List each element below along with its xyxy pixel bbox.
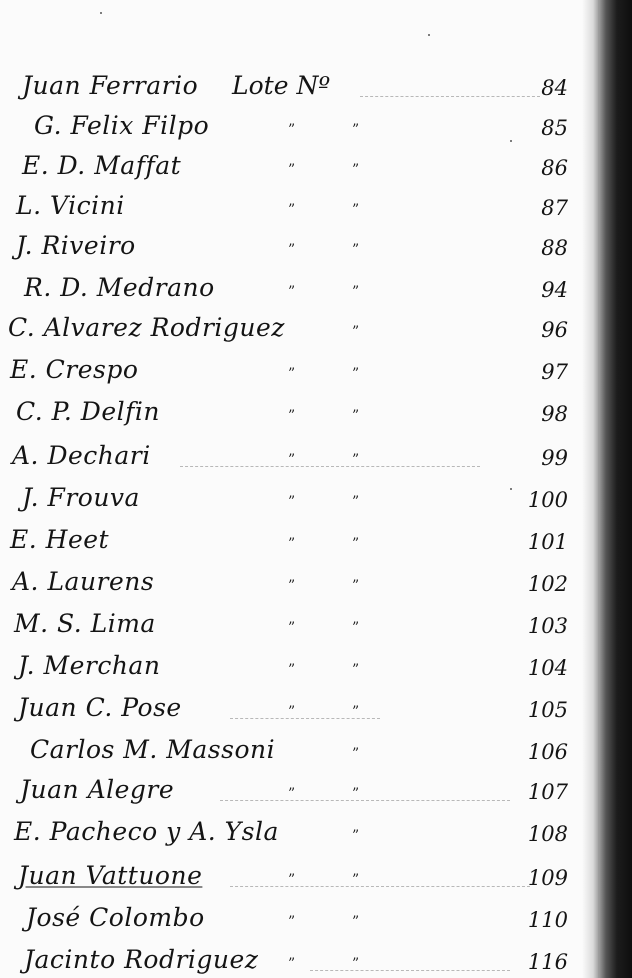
lot-number: 100 bbox=[528, 488, 568, 512]
ditto-mark: ” bbox=[352, 162, 359, 178]
paper-speck bbox=[428, 34, 430, 36]
lot-number: 106 bbox=[528, 740, 568, 764]
ditto-mark: ” bbox=[352, 122, 359, 138]
ledger-row: C. P. Delfin ” ” 98 bbox=[0, 392, 600, 432]
lot-header-label: Lote Nº bbox=[232, 71, 330, 100]
ditto-mark: ” bbox=[352, 786, 359, 802]
leader-line bbox=[310, 970, 510, 971]
ledger-entries: Juan Ferrario Lote Nº 84 G. Felix Filpo … bbox=[0, 0, 632, 978]
ditto-mark: ” bbox=[288, 242, 295, 258]
entry-name: J. Frouva bbox=[22, 483, 140, 512]
entry-name: Carlos M. Massoni bbox=[30, 735, 275, 764]
entry-name: José Colombo bbox=[26, 903, 205, 932]
ditto-mark: ” bbox=[288, 956, 295, 972]
lot-number: 103 bbox=[528, 614, 568, 638]
entry-name: E. Pacheco y A. Ysla bbox=[14, 817, 279, 846]
ledger-row: R. D. Medrano ” ” 94 bbox=[0, 268, 600, 308]
entry-name: A. Laurens bbox=[12, 567, 154, 596]
entry-name: C. Alvarez Rodriguez bbox=[8, 313, 285, 342]
lot-number: 84 bbox=[541, 76, 568, 100]
ditto-mark: ” bbox=[352, 536, 359, 552]
ditto-mark: ” bbox=[352, 914, 359, 930]
ditto-mark: ” bbox=[352, 494, 359, 510]
ledger-row: Carlos M. Massoni ” 106 bbox=[0, 730, 600, 770]
ditto-mark: ” bbox=[288, 536, 295, 552]
entry-name: E. Crespo bbox=[10, 355, 138, 384]
entry-name: Juan C. Pose bbox=[18, 693, 182, 722]
ledger-row: José Colombo ” ” 110 bbox=[0, 898, 600, 938]
entry-name: Jacinto Rodriguez bbox=[24, 945, 258, 974]
ledger-row: C. Alvarez Rodriguez ” 96 bbox=[0, 308, 600, 348]
lot-number: 110 bbox=[528, 908, 568, 932]
ditto-mark: ” bbox=[288, 284, 295, 300]
entry-name: E. D. Maffat bbox=[22, 151, 181, 180]
lot-number: 99 bbox=[541, 446, 568, 470]
ditto-mark: ” bbox=[352, 872, 359, 888]
ledger-row: J. Frouva ” ” 100 bbox=[0, 478, 600, 518]
ledger-row: J. Merchan ” ” 104 bbox=[0, 646, 600, 686]
ledger-row: Juan Vattuone ” ” 109 bbox=[0, 856, 600, 896]
paper-speck bbox=[510, 140, 512, 142]
ledger-row: Juan Alegre ” ” 107 bbox=[0, 770, 600, 810]
ditto-mark: ” bbox=[352, 242, 359, 258]
lot-number: 116 bbox=[528, 950, 568, 974]
ditto-mark: ” bbox=[288, 578, 295, 594]
lot-number: 96 bbox=[541, 318, 568, 342]
ledger-row: A. Laurens ” ” 102 bbox=[0, 562, 600, 602]
entry-name: M. S. Lima bbox=[14, 609, 156, 638]
entry-name: E. Heet bbox=[10, 525, 109, 554]
ditto-mark: ” bbox=[288, 408, 295, 424]
ditto-mark: ” bbox=[288, 914, 295, 930]
ledger-row: Juan C. Pose ” ” 105 bbox=[0, 688, 600, 728]
ditto-mark: ” bbox=[288, 366, 295, 382]
leader-line bbox=[230, 886, 530, 887]
ledger-row: J. Riveiro ” ” 88 bbox=[0, 226, 600, 266]
lot-number: 102 bbox=[528, 572, 568, 596]
ditto-mark: ” bbox=[288, 872, 295, 888]
entry-name: A. Dechari bbox=[12, 441, 151, 470]
lot-number: 107 bbox=[528, 780, 568, 804]
ditto-mark: ” bbox=[288, 704, 295, 720]
leader-line bbox=[360, 96, 540, 97]
ditto-mark: ” bbox=[288, 620, 295, 636]
lot-number: 87 bbox=[541, 196, 568, 220]
ditto-mark: ” bbox=[352, 956, 359, 972]
entry-name: C. P. Delfin bbox=[16, 397, 160, 426]
ledger-row: A. Dechari ” ” 99 bbox=[0, 436, 600, 476]
ledger-row: Juan Ferrario Lote Nº 84 bbox=[0, 66, 600, 106]
lot-number: 98 bbox=[541, 402, 568, 426]
entry-name: Juan Alegre bbox=[20, 775, 174, 804]
ledger-row: E. Heet ” ” 101 bbox=[0, 520, 600, 560]
entry-name: G. Felix Filpo bbox=[34, 111, 209, 140]
ditto-mark: ” bbox=[352, 704, 359, 720]
ditto-mark: ” bbox=[288, 202, 295, 218]
lot-number: 109 bbox=[528, 866, 568, 890]
leader-line bbox=[180, 466, 480, 467]
lot-number: 97 bbox=[541, 360, 568, 384]
ditto-mark: ” bbox=[352, 408, 359, 424]
ditto-mark: ” bbox=[288, 122, 295, 138]
ditto-mark: ” bbox=[352, 366, 359, 382]
ledger-page: Juan Ferrario Lote Nº 84 G. Felix Filpo … bbox=[0, 0, 632, 978]
paper-speck bbox=[100, 12, 102, 14]
entry-name: J. Riveiro bbox=[16, 231, 136, 260]
lot-number: 108 bbox=[528, 822, 568, 846]
ditto-mark: ” bbox=[352, 324, 359, 340]
ditto-mark: ” bbox=[352, 284, 359, 300]
paper-speck bbox=[510, 488, 512, 490]
ledger-row: E. Pacheco y A. Ysla ” 108 bbox=[0, 812, 600, 852]
ledger-row: L. Vicini ” ” 87 bbox=[0, 186, 600, 226]
ledger-row: Jacinto Rodriguez ” ” 116 bbox=[0, 940, 600, 978]
ledger-row: E. Crespo ” ” 97 bbox=[0, 350, 600, 390]
ditto-mark: ” bbox=[352, 452, 359, 468]
ditto-mark: ” bbox=[288, 452, 295, 468]
lot-number: 104 bbox=[528, 656, 568, 680]
ditto-mark: ” bbox=[288, 786, 295, 802]
entry-name: J. Merchan bbox=[18, 651, 160, 680]
ledger-row: E. D. Maffat ” ” 86 bbox=[0, 146, 600, 186]
ledger-row: M. S. Lima ” ” 103 bbox=[0, 604, 600, 644]
ditto-mark: ” bbox=[352, 662, 359, 678]
lot-number: 88 bbox=[541, 236, 568, 260]
ditto-mark: ” bbox=[352, 578, 359, 594]
leader-line bbox=[220, 800, 510, 801]
ditto-mark: ” bbox=[352, 828, 359, 844]
lot-number: 105 bbox=[528, 698, 568, 722]
ditto-mark: ” bbox=[288, 662, 295, 678]
entry-name: Juan Vattuone bbox=[18, 861, 202, 890]
ditto-mark: ” bbox=[352, 202, 359, 218]
ditto-mark: ” bbox=[352, 620, 359, 636]
entry-name: R. D. Medrano bbox=[24, 273, 215, 302]
lot-number: 86 bbox=[541, 156, 568, 180]
ditto-mark: ” bbox=[288, 494, 295, 510]
entry-name: Juan Ferrario bbox=[22, 71, 198, 100]
lot-number: 94 bbox=[541, 278, 568, 302]
lot-number: 101 bbox=[528, 530, 568, 554]
entry-name: L. Vicini bbox=[16, 191, 125, 220]
lot-number: 85 bbox=[541, 116, 568, 140]
ditto-mark: ” bbox=[288, 162, 295, 178]
ditto-mark: ” bbox=[352, 746, 359, 762]
